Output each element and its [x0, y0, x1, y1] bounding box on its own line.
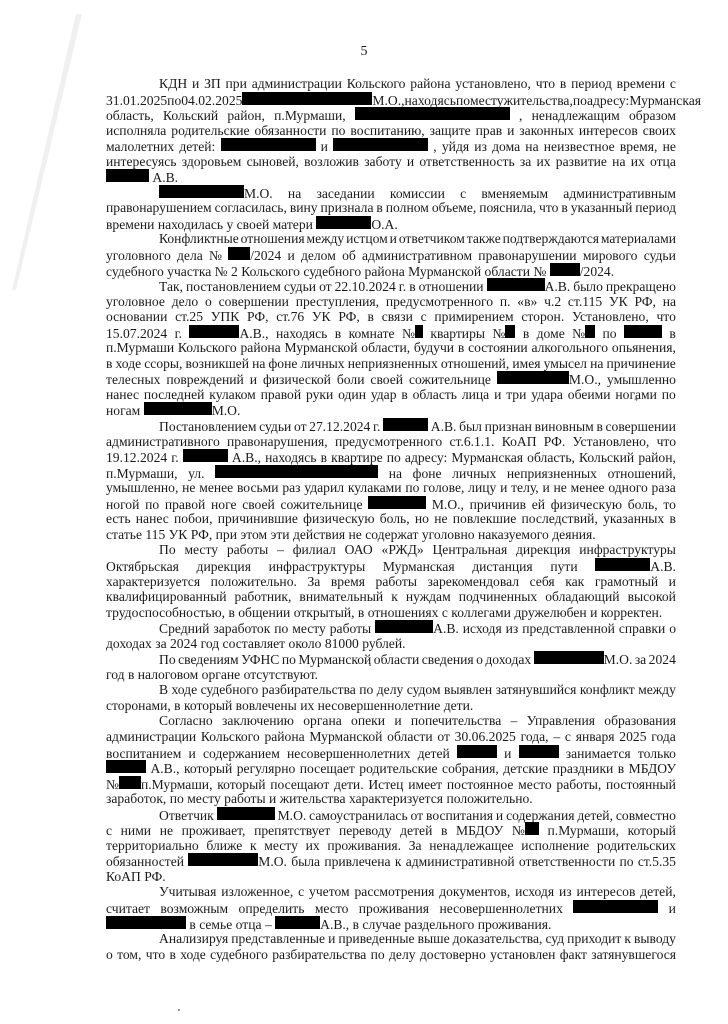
- redaction-box: [457, 745, 497, 758]
- word: основании: [106, 309, 167, 325]
- redaction-box: [183, 449, 228, 462]
- word: телу,: [511, 480, 539, 496]
- word: жительства,: [504, 93, 573, 109]
- word: УК: [312, 309, 331, 325]
- redaction-box: [595, 558, 650, 571]
- word: привлечена: [324, 854, 390, 870]
- word: документов,: [439, 884, 510, 900]
- word: физическую: [303, 511, 374, 527]
- word: по: [662, 387, 676, 403]
- word: с: [298, 884, 304, 900]
- word: 2024: [170, 636, 197, 652]
- word: [183, 449, 228, 462]
- word: возникшей: [186, 356, 249, 372]
- word: выявлен: [444, 682, 492, 698]
- word: Ответчик: [159, 808, 214, 824]
- word: [368, 496, 426, 509]
- word: судебного: [210, 947, 268, 963]
- text-line: основаниист.25УПКРФ,ст.76УКРФ,всвязиспри…: [106, 309, 676, 325]
- word: ближе: [206, 838, 242, 854]
- word: ОАО: [345, 542, 373, 558]
- word: в: [353, 917, 359, 933]
- word: время: [331, 574, 365, 590]
- word: подтверждаются: [503, 231, 599, 247]
- word: здоровьем: [182, 154, 242, 170]
- word: по: [170, 791, 184, 807]
- word: что: [656, 309, 675, 325]
- text-line: п.МурмашиКольскогорайонаМурманскойобласт…: [106, 340, 676, 356]
- word: А.В.: [431, 419, 457, 435]
- word: Так,: [159, 279, 183, 295]
- word: М.О.: [278, 808, 307, 824]
- word: совершении: [606, 419, 676, 435]
- word: рублей.: [362, 636, 405, 652]
- text-line: ПосведениямУФНСпоМурманскойобластисведен…: [106, 651, 676, 667]
- word: истцом: [346, 231, 388, 247]
- text-line: Постановлениемсудьиот27.12.2024г.А.В.был…: [106, 418, 676, 434]
- word: района: [264, 729, 304, 745]
- word: ЗП: [204, 76, 221, 92]
- word: Кольский: [163, 108, 218, 124]
- word: уголовного: [106, 248, 171, 264]
- word: 2024: [649, 652, 676, 668]
- word: –: [511, 713, 518, 729]
- text-line: 15.07.2024г.А.В.,находясьвкомнате№кварти…: [106, 325, 676, 341]
- word: обязанностей: [106, 854, 184, 870]
- word: М.О.: [188, 853, 287, 870]
- word: ненадлежащим: [532, 108, 620, 124]
- word: об: [342, 248, 356, 264]
- word: УК: [609, 294, 628, 310]
- redaction-box: [624, 325, 662, 338]
- text-line: малолетнихдетей:и,уйдяиздомананеизвестно…: [106, 138, 676, 154]
- word: М.О.: [144, 402, 241, 419]
- redaction-box: [355, 107, 510, 120]
- word: года,: [521, 729, 549, 745]
- word: [215, 465, 378, 478]
- word: за: [155, 636, 166, 652]
- word: заработок: [213, 621, 270, 637]
- word: отца: [236, 917, 262, 933]
- word: ноге: [211, 497, 237, 513]
- text-line: п.Мурмаши,ул.нафонеличныхнеприязненныхот…: [106, 465, 676, 481]
- word: «в»: [517, 294, 537, 310]
- word: и: [287, 248, 294, 264]
- word: №: [572, 325, 595, 342]
- word: наказуемого: [478, 527, 549, 543]
- word: нуждам: [406, 589, 451, 605]
- word: п.Мурмаши,: [106, 466, 178, 482]
- word: УФНС: [241, 652, 279, 668]
- word: интересов: [579, 123, 638, 139]
- word: за: [635, 652, 646, 668]
- text-line: 19.12.2024г.А.В.,находясьвквартирепоадре…: [106, 449, 676, 465]
- word: не: [349, 527, 362, 543]
- word: административным: [563, 186, 676, 202]
- word: этом: [240, 527, 267, 543]
- word: о: [205, 294, 212, 310]
- word: [333, 138, 428, 151]
- word: не: [663, 139, 676, 155]
- word: на: [525, 139, 538, 155]
- word: и: [192, 76, 199, 92]
- text-line: доходахза2024годсоставляетоколо81000рубл…: [106, 636, 676, 652]
- redaction-box: [106, 169, 149, 182]
- word: ответственности: [519, 854, 615, 870]
- word: место: [315, 901, 349, 917]
- word: как: [565, 574, 584, 590]
- redaction-box: [159, 185, 244, 198]
- word: причинив: [470, 497, 526, 513]
- word: физическую: [551, 497, 622, 513]
- word: с: [670, 76, 676, 92]
- text-line: СреднийзаработокпоместуработыА.В.исходяи…: [106, 620, 676, 636]
- word: преступления,: [296, 294, 379, 310]
- word: [106, 760, 146, 773]
- word: матери: [273, 217, 313, 233]
- word: случае: [362, 917, 401, 933]
- word: справки: [619, 621, 665, 637]
- word: содержания: [506, 808, 574, 824]
- text-line: трудоспособностью,вобщенииоткрытый,вотно…: [106, 605, 676, 621]
- word: лицу: [468, 480, 496, 496]
- text-line: заработок,поместуработыижительствахаракт…: [106, 791, 676, 807]
- word: грамотный: [595, 574, 658, 590]
- word: область: [413, 387, 457, 403]
- word: посещают: [270, 777, 329, 793]
- word: общении: [238, 605, 290, 621]
- text-line: Согласнозаключениюорганаопекиипопечитель…: [106, 713, 676, 729]
- word: личных: [452, 466, 496, 482]
- word: имеет: [408, 777, 442, 793]
- page-number: 5: [0, 44, 728, 60]
- word: отношений,: [608, 466, 676, 482]
- word: судебного: [303, 264, 361, 280]
- word: г.: [171, 450, 178, 466]
- text-line: КДНиЗПприадминистрацииКольскогорайонауст…: [106, 76, 676, 92]
- word: лица: [462, 387, 489, 403]
- word: в: [618, 761, 624, 777]
- word: побои,: [174, 511, 212, 527]
- word: Управления: [527, 713, 595, 729]
- word: личных: [301, 356, 345, 372]
- word: дело: [172, 294, 199, 310]
- word: находясь: [265, 450, 316, 466]
- word: указанный: [571, 200, 633, 216]
- word: в: [335, 326, 341, 342]
- word: г.: [399, 279, 406, 295]
- text-line: область,Кольскийрайон,п.Мурмаши,,ненадле…: [106, 107, 676, 123]
- word: занимается: [566, 746, 631, 762]
- word: [573, 900, 658, 913]
- word: налоговом: [138, 667, 199, 683]
- redaction-box: [383, 418, 428, 431]
- word: законных: [519, 123, 574, 139]
- word: учетом: [309, 884, 350, 900]
- word: ст.5.35: [638, 854, 676, 870]
- word: причинившие: [218, 511, 298, 527]
- word: находилась: [158, 217, 223, 233]
- word: работы: [224, 791, 265, 807]
- text-line: телесныхповрежденийифизическойболисвоейс…: [106, 371, 676, 387]
- word: А.В.,: [150, 761, 179, 777]
- word: Мурманская: [451, 450, 523, 466]
- word: дирекция: [197, 559, 251, 575]
- word: КоАП: [106, 869, 141, 885]
- text-line: естьнанеспобои,причинившиефизическуюболь…: [106, 511, 676, 527]
- word: района: [240, 340, 280, 356]
- word: представленной: [522, 621, 615, 637]
- word: на: [389, 466, 402, 482]
- word: воспитания: [426, 808, 493, 824]
- word: ул.: [188, 466, 204, 482]
- text-line: 31.01.2025по04.02.2025М.О.,находясьпомес…: [106, 92, 676, 108]
- word: РФ,: [634, 294, 655, 310]
- word: действия: [293, 527, 345, 543]
- word: месту: [292, 621, 326, 637]
- word: в: [441, 823, 447, 839]
- word: защите: [430, 123, 471, 139]
- word: имея: [512, 356, 540, 372]
- word: телесных: [106, 372, 160, 388]
- word: умысел: [544, 356, 587, 372]
- word: о: [476, 652, 483, 668]
- word: [457, 745, 497, 758]
- redaction-box: [228, 247, 250, 260]
- word: интересов: [576, 884, 635, 900]
- word: 27.12.2024: [309, 419, 370, 435]
- word: ст.6.1.1.: [449, 434, 494, 450]
- word: Мурманской: [298, 652, 371, 668]
- word: примирением: [434, 309, 513, 325]
- word: правонарушении: [478, 248, 576, 264]
- word: делом: [301, 248, 336, 264]
- redaction-box: [375, 620, 433, 633]
- word: заботу: [364, 154, 402, 170]
- text-line: квалифицированныйработник,внимательныйкн…: [106, 589, 676, 605]
- word: интересуясь: [106, 154, 177, 170]
- word: образом: [629, 108, 676, 124]
- word: и: [542, 480, 549, 496]
- word: по: [145, 497, 159, 513]
- word: состоянии: [468, 340, 528, 356]
- word: №: [533, 264, 546, 280]
- word: 15.07.2024: [106, 326, 167, 342]
- word: их: [631, 154, 645, 170]
- word: 19.12.2024: [106, 450, 167, 466]
- word: г.: [175, 326, 182, 342]
- word: от: [294, 419, 307, 435]
- word: 2025: [619, 729, 646, 745]
- word: коллегами: [451, 605, 511, 621]
- word: родительские: [359, 761, 437, 777]
- word: содержат: [365, 527, 418, 543]
- word: дирекция: [516, 542, 570, 558]
- word: район,: [638, 450, 676, 466]
- word: пояснила,: [479, 200, 536, 216]
- word: судьи: [259, 419, 291, 435]
- word: признан: [485, 419, 532, 435]
- word: несовершеннолетние: [318, 698, 441, 714]
- word: возложив: [304, 154, 359, 170]
- word: [383, 418, 428, 431]
- word: №п.Мурмаши,: [106, 776, 212, 793]
- word: доказательства,: [453, 931, 543, 947]
- text-line: судебногоучастка№2Кольскогосудебногорайо…: [106, 263, 676, 279]
- word: М.О.,: [372, 93, 404, 109]
- text-line: сторонами,вкоторыйвовлеченыихнесовершенн…: [106, 698, 676, 714]
- text-line: А.В.: [106, 169, 676, 185]
- word: времени: [617, 76, 665, 92]
- word: месту: [187, 791, 221, 807]
- word: жительства: [280, 791, 346, 807]
- word: находясь: [405, 93, 456, 109]
- word: вовлечены: [236, 698, 297, 714]
- redaction-box: [242, 92, 372, 105]
- word: сыновей,: [247, 154, 299, 170]
- word: дистанция: [472, 559, 532, 575]
- word: который: [184, 761, 232, 777]
- word: своей: [237, 217, 270, 233]
- word: и: [390, 231, 397, 247]
- word: УПК: [211, 309, 240, 325]
- word: в: [376, 200, 382, 216]
- word: что: [657, 434, 676, 450]
- word: детей:: [179, 139, 215, 155]
- word: по: [282, 652, 296, 668]
- word: и: [496, 808, 503, 824]
- word: праздники: [553, 761, 614, 777]
- word: в: [169, 947, 175, 963]
- word: Центральная: [432, 542, 507, 558]
- redaction-box: [550, 263, 580, 276]
- word: период: [571, 76, 612, 92]
- word: кулаком: [209, 387, 255, 403]
- word: детей,: [640, 884, 676, 900]
- word: –: [265, 917, 272, 933]
- word: на: [252, 356, 265, 372]
- redaction-box: [106, 916, 186, 929]
- word: к: [391, 589, 398, 605]
- word: район,: [227, 108, 265, 124]
- word: [624, 325, 662, 338]
- word: фоне: [413, 466, 442, 482]
- word: проживания.: [327, 838, 401, 854]
- word: суд: [545, 931, 564, 947]
- text-line: Поместуработы–филиалОАО«РЖД»Центральнаяд…: [106, 542, 676, 558]
- word: М.О.: [159, 185, 273, 202]
- word: самоустранилась: [309, 808, 407, 824]
- word: ответчиком: [399, 231, 465, 247]
- word: А.В.,: [189, 325, 268, 342]
- word: удара: [531, 387, 563, 403]
- word: Средний: [159, 621, 209, 637]
- word: между: [306, 231, 344, 247]
- word: сожительнице: [281, 497, 363, 513]
- redaction-box: [585, 325, 595, 338]
- word: который: [217, 777, 265, 793]
- word: дома: [492, 139, 520, 155]
- word: только: [638, 746, 676, 762]
- word: то: [663, 497, 676, 513]
- word: и: [250, 372, 257, 388]
- word: ей: [532, 497, 545, 513]
- word: родительские: [171, 123, 249, 139]
- text-line: М.О.назаседаниикомиссиисвменяемымадминис…: [106, 185, 676, 201]
- word: вину: [290, 200, 318, 216]
- word: повреждений: [166, 372, 244, 388]
- word: За: [409, 838, 422, 854]
- word: своих: [643, 123, 676, 139]
- word: 04.02.2025: [181, 93, 242, 109]
- word: постановлением: [186, 279, 281, 295]
- word: работы: [376, 574, 417, 590]
- word: по: [405, 480, 419, 496]
- word: и: [394, 713, 401, 729]
- word: Кольского: [178, 340, 237, 356]
- word: прав: [476, 123, 503, 139]
- word: №: [512, 822, 539, 839]
- word: заработок,: [106, 791, 166, 807]
- text-line: А.В.,которыйрегулярнопосещаетродительски…: [106, 760, 676, 776]
- text-line: сниминепроживает,препятствуетпереводудет…: [106, 822, 676, 838]
- word: «РЖД»: [382, 542, 424, 558]
- word: по: [456, 93, 470, 109]
- word: кулаками: [348, 480, 402, 496]
- word: физической: [263, 372, 331, 388]
- word: раза: [652, 480, 676, 496]
- word: образования: [604, 713, 676, 729]
- word: п.Мурмаши: [106, 340, 174, 356]
- word: мирового: [583, 248, 638, 264]
- word: проживает,: [182, 823, 246, 839]
- word: судьи: [644, 248, 676, 264]
- word: раз: [282, 480, 300, 496]
- word: от: [437, 729, 450, 745]
- word: будучи: [414, 340, 454, 356]
- word: [242, 92, 372, 105]
- word: установлен: [490, 947, 555, 963]
- word: №: [402, 325, 423, 342]
- word: правонарушением: [106, 200, 212, 216]
- word: связи: [382, 309, 413, 325]
- word: в: [174, 698, 180, 714]
- word: последствий,: [522, 511, 598, 527]
- word: судебного: [106, 264, 164, 280]
- word: пути: [550, 559, 577, 575]
- word: боль,: [628, 497, 658, 513]
- redaction-box: [188, 853, 258, 866]
- word: но: [415, 511, 429, 527]
- word: КДН: [159, 76, 187, 92]
- redaction-box: [119, 776, 141, 789]
- text-line: считаетвозможнымопределитьместопроживани…: [106, 900, 676, 916]
- word: к: [250, 838, 257, 854]
- word: и: [269, 791, 276, 807]
- word: в: [128, 667, 134, 683]
- word: полном: [386, 200, 429, 216]
- word: Установлено,: [573, 434, 650, 450]
- word: ударил: [304, 480, 344, 496]
- word: умышленно,: [106, 480, 178, 496]
- word: и: [669, 901, 676, 917]
- word: высокой: [628, 589, 676, 605]
- word: и: [504, 746, 511, 762]
- word: РФ.: [144, 869, 165, 885]
- word: ответственность: [419, 154, 514, 170]
- word: судебного: [201, 682, 259, 698]
- word: признала: [321, 200, 374, 216]
